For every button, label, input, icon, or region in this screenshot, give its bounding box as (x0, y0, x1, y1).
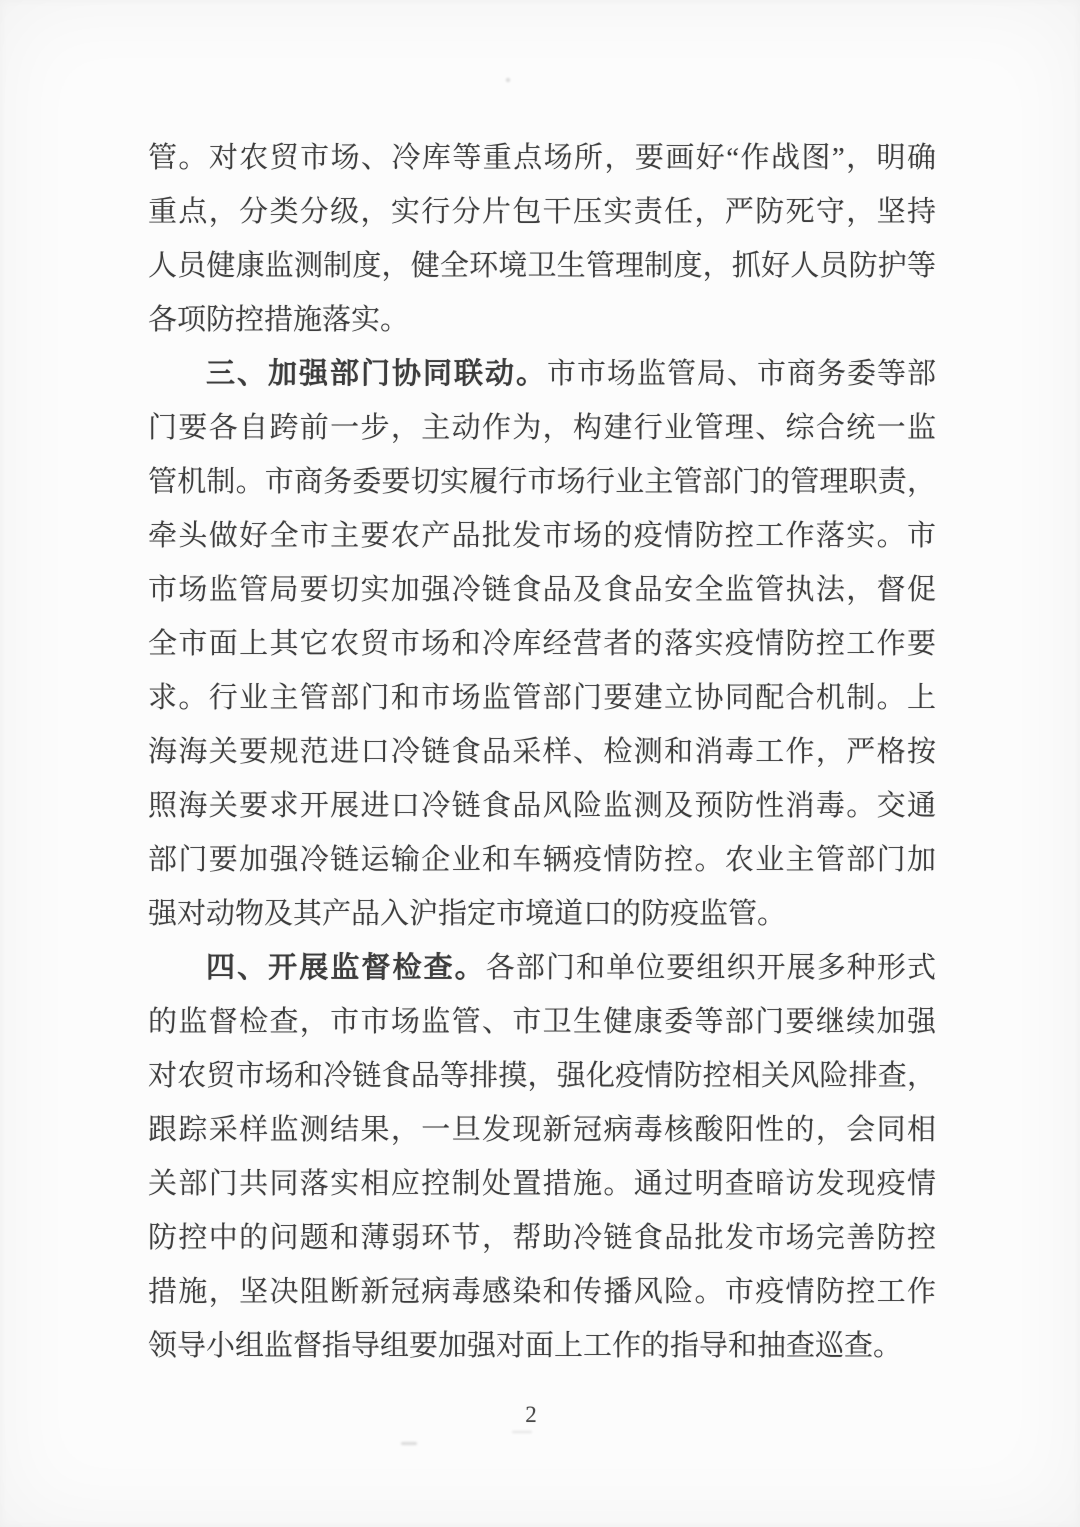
text-line: 防控中的问题和薄弱环节，帮助冷链食品批发市场完善防控 (148, 1211, 936, 1265)
text-line: 对农贸市场和冷链食品等排摸，强化疫情防控相关风险排查， (148, 1049, 936, 1103)
body-text-segment: 强对动物及其产品入沪指定市境道口的防疫监管。 (148, 898, 786, 930)
body-text-segment: 的监督检查，市市场监管、市卫生健康委等部门要继续加强 (148, 1006, 936, 1038)
text-line: 管机制。市商务委要切实履行市场行业主管部门的管理职责， (148, 455, 936, 509)
body-text-segment: 部门要加强冷链运输企业和车辆疫情防控。农业主管部门加 (148, 844, 936, 876)
text-line: 四、开展监督检查。各部门和单位要组织开展多种形式 (148, 941, 936, 995)
text-line: 人员健康监测制度，健全环境卫生管理制度，抓好人员防护等 (148, 239, 936, 293)
text-line: 照海关要求开展进口冷链食品风险监测及预防性消毒。交通 (148, 779, 936, 833)
text-line: 强对动物及其产品入沪指定市境道口的防疫监管。 (148, 887, 936, 941)
text-line: 市场监管局要切实加强冷链食品及食品安全监管执法，督促 (148, 563, 936, 617)
body-text-segment: 照海关要求开展进口冷链食品风险监测及预防性消毒。交通 (148, 790, 936, 822)
body-text-segment: 措施，坚决阻断新冠病毒感染和传播风险。市疫情防控工作 (148, 1276, 936, 1308)
body-text-segment: 跟踪采样监测结果，一旦发现新冠病毒核酸阳性的，会同相 (148, 1114, 936, 1146)
body-text-segment: 防控中的问题和薄弱环节，帮助冷链食品批发市场完善防控 (148, 1222, 936, 1254)
text-line: 跟踪采样监测结果，一旦发现新冠病毒核酸阳性的，会同相 (148, 1103, 936, 1157)
text-line: 领导小组监督指导组要加强对面上工作的指导和抽查巡查。 (148, 1319, 936, 1373)
body-text-segment: 人员健康监测制度，健全环境卫生管理制度，抓好人员防护等 (148, 250, 936, 282)
section-heading: 三、加强部门协同联动。 (206, 358, 547, 390)
text-line: 措施，坚决阻断新冠病毒感染和传播风险。市疫情防控工作 (148, 1265, 936, 1319)
text-line: 三、加强部门协同联动。市市场监管局、市商务委等部 (148, 347, 936, 401)
text-line: 各项防控措施落实。 (148, 293, 936, 347)
document-body: 管。对农贸市场、冷库等重点场所，要画好“作战图”，明确重点，分类分级，实行分片包… (148, 131, 936, 1373)
text-line: 海海关要规范进口冷链食品采样、检测和消毒工作，严格按 (148, 725, 936, 779)
body-text-segment: 对农贸市场和冷链食品等排摸，强化疫情防控相关风险排查， (148, 1060, 936, 1092)
scan-smudge (512, 1431, 532, 1433)
body-text-segment: 重点，分类分级，实行分片包干压实责任，严防死守，坚持 (148, 196, 936, 228)
page-number: 2 (0, 1402, 1062, 1428)
body-text-segment: 市市场监管局、市商务委等部 (547, 358, 936, 390)
text-line: 牵头做好全市主要农产品批发市场的疫情防控工作落实。市 (148, 509, 936, 563)
scan-speck (506, 78, 510, 82)
body-text-segment: 海海关要规范进口冷链食品采样、检测和消毒工作，严格按 (148, 736, 936, 768)
body-text-segment: 牵头做好全市主要农产品批发市场的疫情防控工作落实。市 (148, 520, 936, 552)
scanned-document-page: 管。对农贸市场、冷库等重点场所，要画好“作战图”，明确重点，分类分级，实行分片包… (0, 0, 1080, 1527)
text-line: 门要各自跨前一步，主动作为，构建行业管理、综合统一监 (148, 401, 936, 455)
text-line: 管。对农贸市场、冷库等重点场所，要画好“作战图”，明确 (148, 131, 936, 185)
text-line: 关部门共同落实相应控制处置措施。通过明查暗访发现疫情 (148, 1157, 936, 1211)
text-line: 全市面上其它农贸市场和冷库经营者的落实疫情防控工作要 (148, 617, 936, 671)
text-line: 重点，分类分级，实行分片包干压实责任，严防死守，坚持 (148, 185, 936, 239)
body-text-segment: 管。对农贸市场、冷库等重点场所，要画好“作战图”，明确 (148, 142, 936, 174)
body-text-segment: 门要各自跨前一步，主动作为，构建行业管理、综合统一监 (148, 412, 936, 444)
body-text-segment: 关部门共同落实相应控制处置措施。通过明查暗访发现疫情 (148, 1168, 936, 1200)
body-text-segment: 全市面上其它农贸市场和冷库经营者的落实疫情防控工作要 (148, 628, 936, 660)
text-line: 的监督检查，市市场监管、市卫生健康委等部门要继续加强 (148, 995, 936, 1049)
body-text-segment: 求。行业主管部门和市场监管部门要建立协同配合机制。上 (148, 682, 936, 714)
body-text-segment: 领导小组监督指导组要加强对面上工作的指导和抽查巡查。 (148, 1330, 902, 1362)
scan-smudge (401, 1442, 417, 1445)
body-text-segment: 各项防控措施落实。 (148, 304, 409, 336)
body-text-segment: 管机制。市商务委要切实履行市场行业主管部门的管理职责， (148, 466, 936, 498)
body-text-segment: 各部门和单位要组织开展多种形式 (486, 952, 936, 984)
text-line: 部门要加强冷链运输企业和车辆疫情防控。农业主管部门加 (148, 833, 936, 887)
section-heading: 四、开展监督检查。 (206, 952, 486, 984)
text-line: 求。行业主管部门和市场监管部门要建立协同配合机制。上 (148, 671, 936, 725)
body-text-segment: 市场监管局要切实加强冷链食品及食品安全监管执法，督促 (148, 574, 936, 606)
